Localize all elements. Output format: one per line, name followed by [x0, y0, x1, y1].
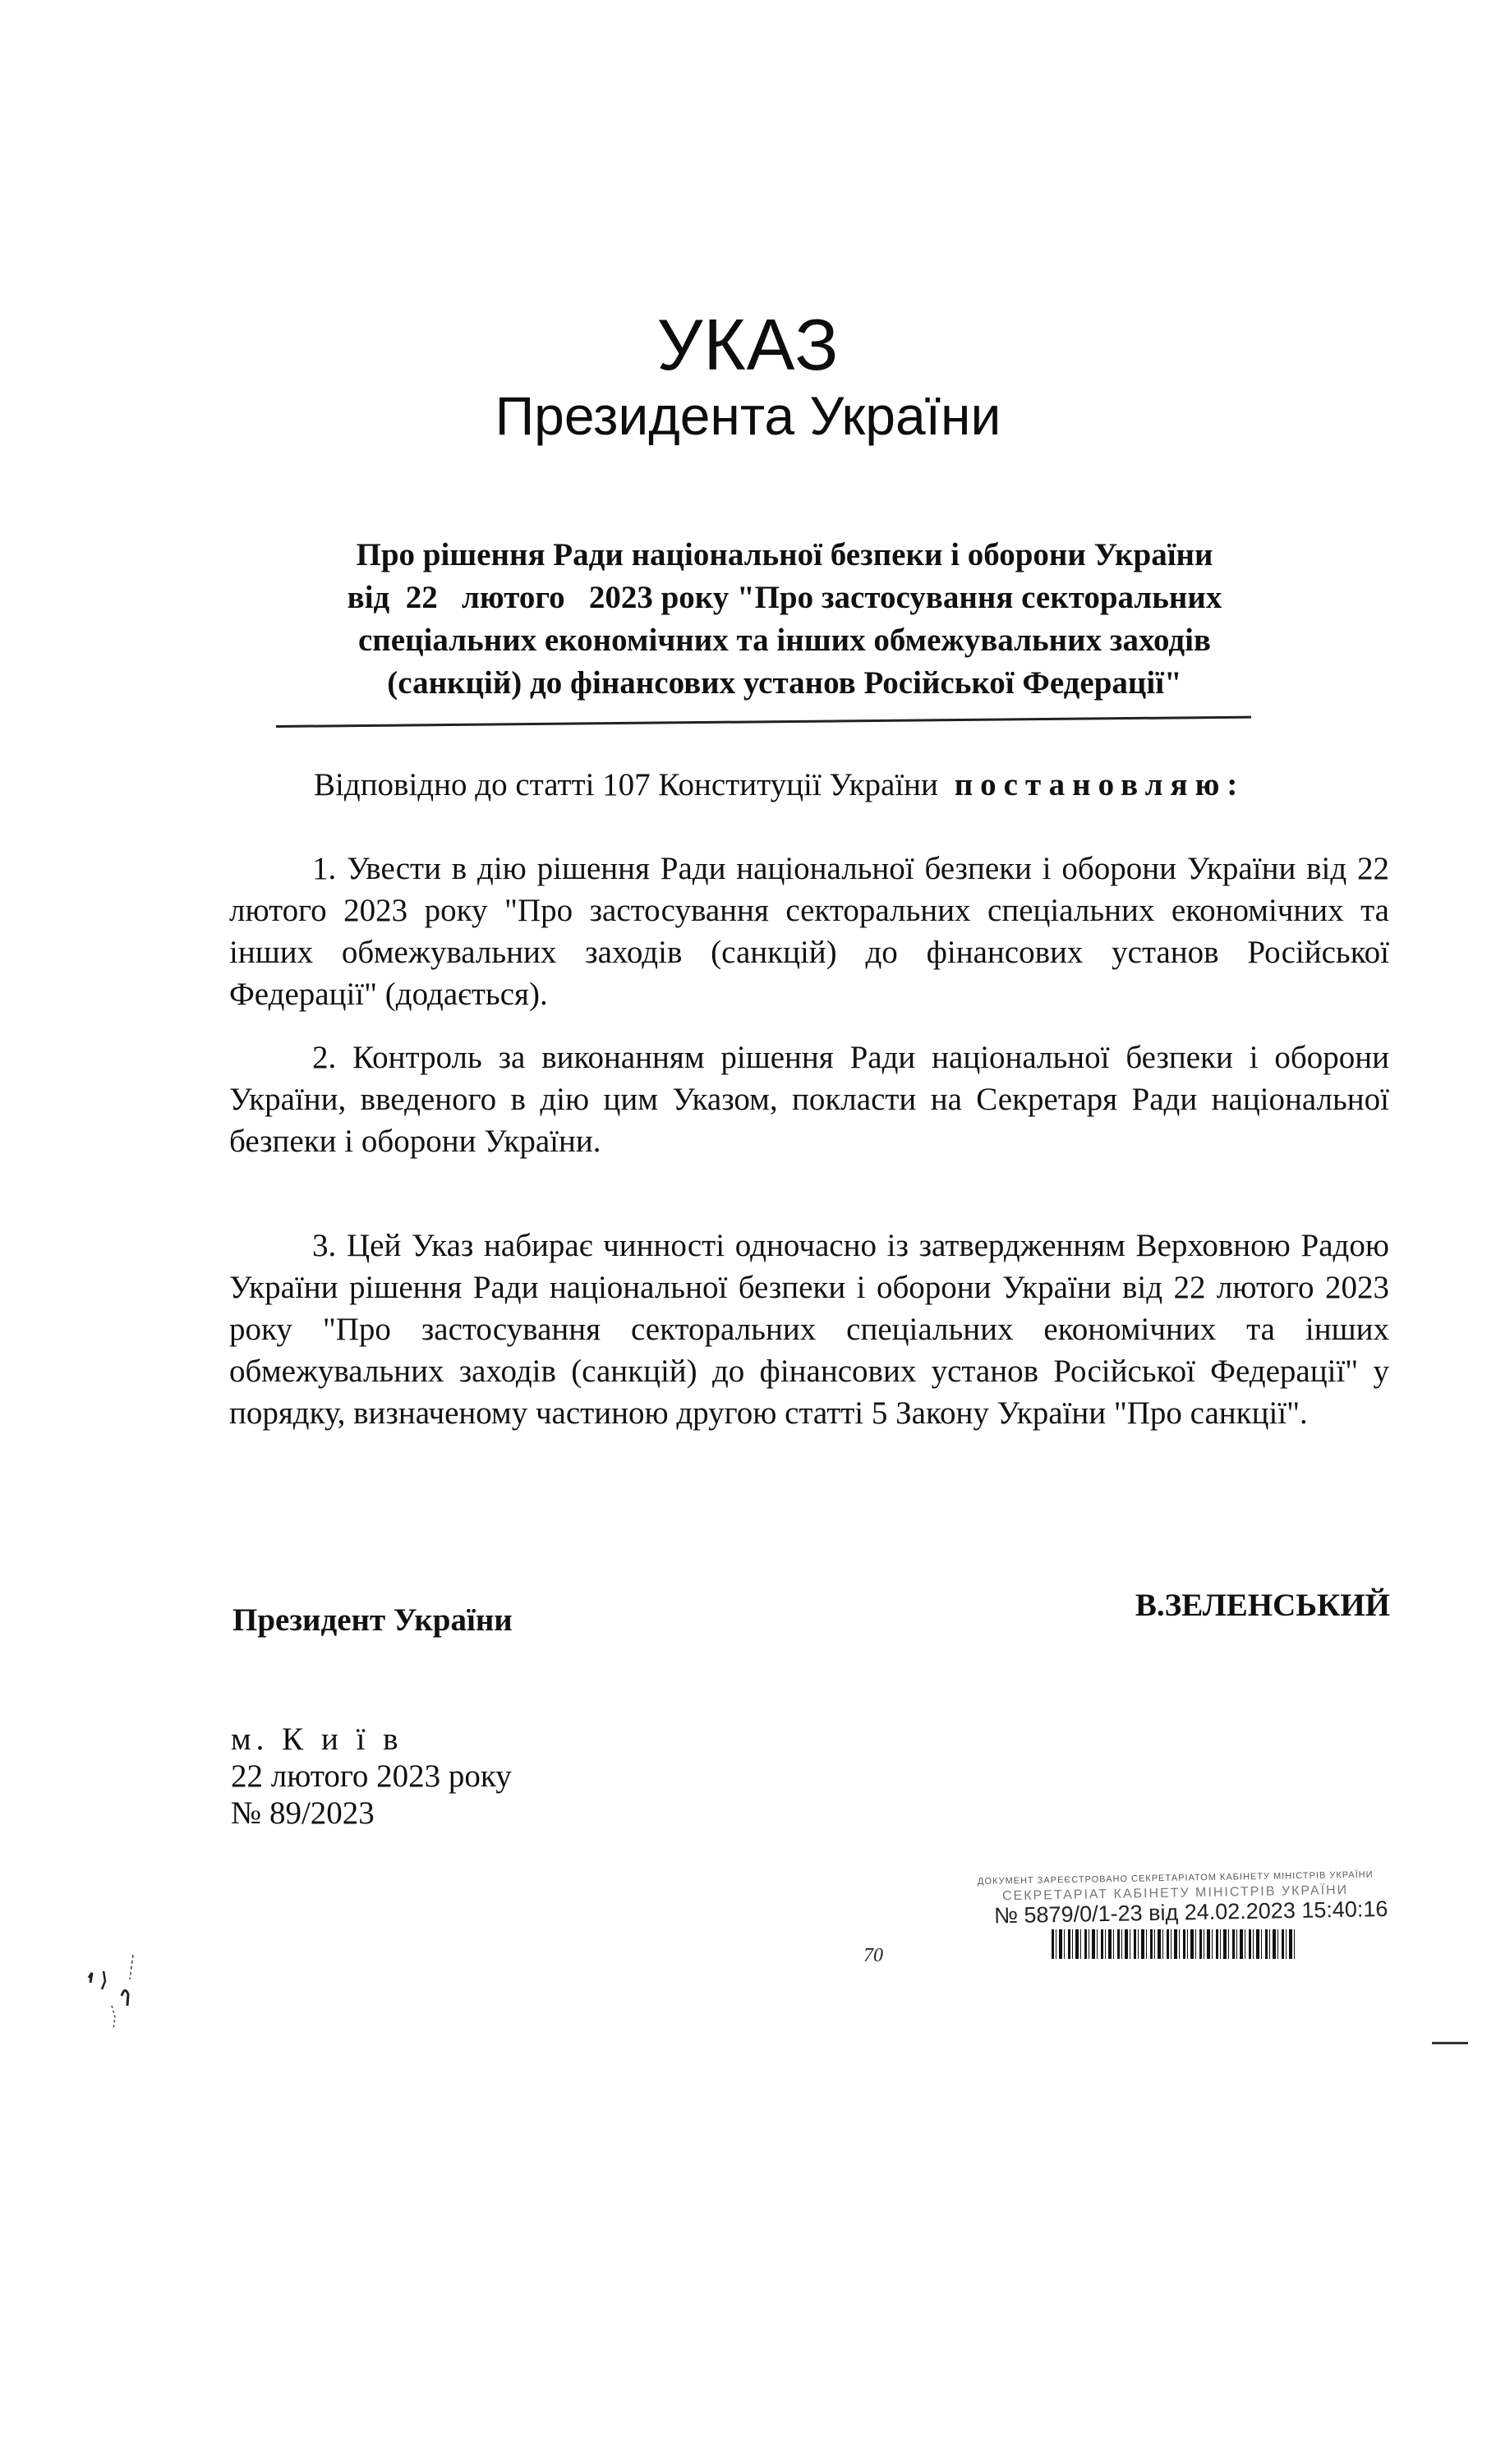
page-number: 70	[863, 1945, 883, 1967]
paragraph-2: 2. Контроль за виконанням рішення Ради н…	[229, 1037, 1389, 1162]
paragraph-number: 2.	[312, 1040, 336, 1075]
place-date-number: м. К и ї в 22 лютого 2023 року № 89/2023	[231, 1721, 512, 1832]
paragraph-number: 3.	[312, 1228, 336, 1263]
subject-line: (санкцій) до фінансових установ Російськ…	[271, 662, 1298, 705]
signatory-position: Президент України	[232, 1602, 513, 1639]
preamble-text: Відповідно до статті 107 Конституції Укр…	[314, 767, 938, 802]
paragraph-text: Контроль за виконанням рішення Ради наці…	[229, 1040, 1389, 1159]
divider-rule	[276, 716, 1251, 728]
decree-date: 22 лютого 2023 року	[231, 1758, 512, 1795]
decree-word: постановляю:	[955, 767, 1245, 802]
paragraph-text: Цей Указ набирає чинності одночасно із з…	[229, 1228, 1389, 1431]
decree-number: № 89/2023	[231, 1795, 512, 1832]
preamble: Відповідно до статті 107 Конституції Укр…	[314, 764, 1245, 806]
handwritten-initials-icon	[82, 1947, 148, 2037]
decree-subject: Про рішення Ради національної безпеки і …	[271, 534, 1298, 705]
subject-line: від 22 лютого 2023 року "Про застосуванн…	[271, 577, 1298, 619]
subject-line: спеціальних економічних та інших обмежув…	[271, 619, 1298, 662]
city: м. К и ї в	[231, 1721, 512, 1758]
paragraph-1: 1. Увести в дію рішення Ради національно…	[229, 848, 1389, 1015]
document-title: УКАЗ	[0, 306, 1496, 384]
document-subtitle: Президента України	[0, 384, 1496, 447]
barcode-icon	[1052, 1929, 1298, 1959]
paragraph-3: 3. Цей Указ набирає чинності одночасно і…	[229, 1225, 1389, 1434]
registration-stamp: ДОКУМЕНТ ЗАРЕЄСТРОВАНО СЕКРЕТАРІАТОМ КАБ…	[978, 1877, 1405, 1959]
paragraph-number: 1.	[312, 851, 336, 886]
signatory-name: В.ЗЕЛЕНСЬКИЙ	[1117, 1587, 1390, 1624]
margin-mark	[1432, 2042, 1468, 2044]
subject-line: Про рішення Ради національної безпеки і …	[271, 534, 1298, 577]
paragraph-text: Увести в дію рішення Ради національної б…	[229, 851, 1389, 1012]
